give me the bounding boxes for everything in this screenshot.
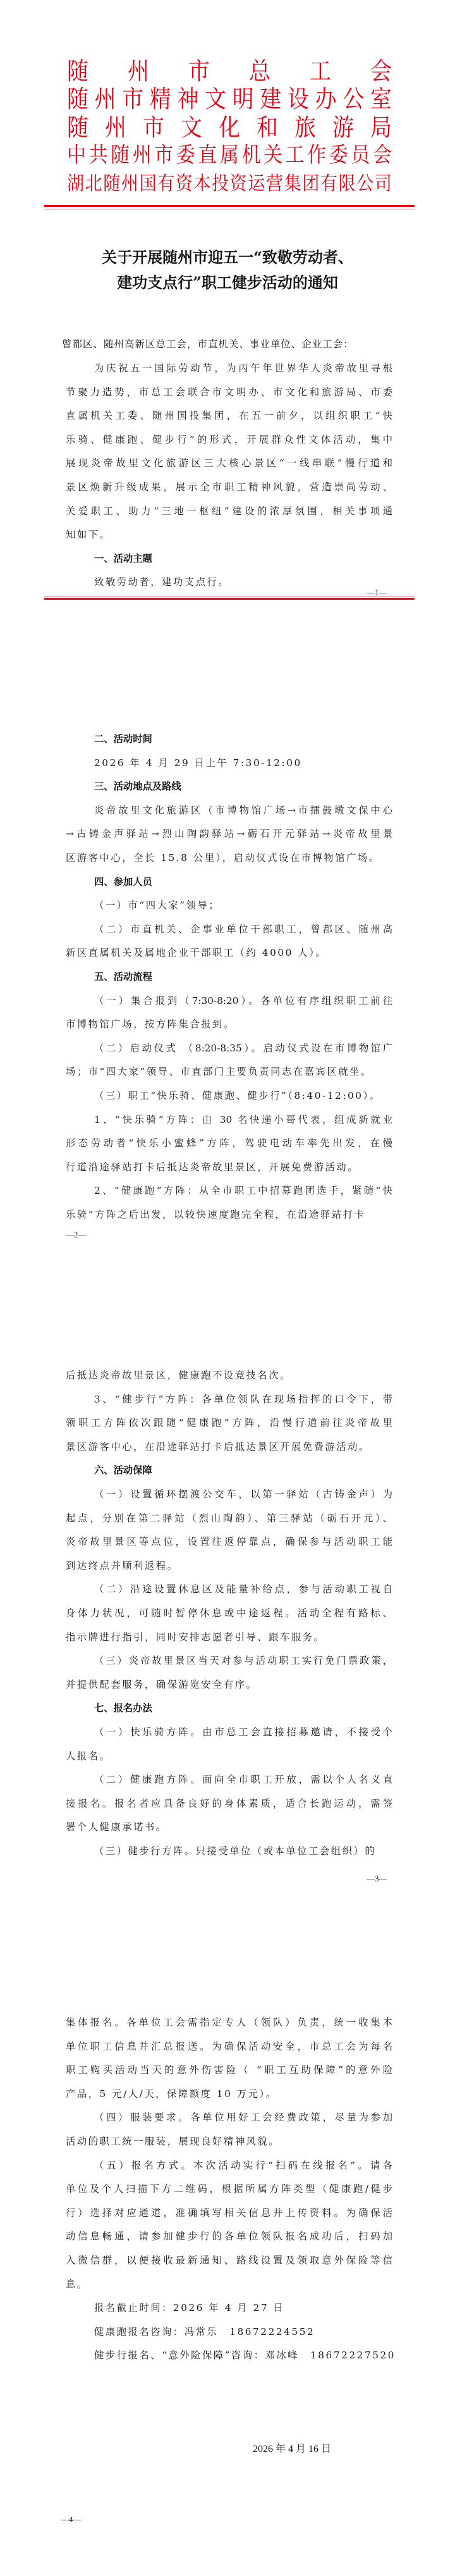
body-text-line: 区游客中心，全长 15.8 公里），启动仪式设在市博物馆广场。 [66,851,392,864]
body-text-line: 景区焕新升级成果，展示全市职工精神风貌，营造崇尚劳动、 [66,481,392,493]
section-heading: 三、活动地点及路线 [94,780,181,793]
letterhead-char: 化 [219,114,240,142]
page-number-4: —4— [61,2515,82,2525]
letterhead-char: 本 [193,170,210,199]
body-text-line: 展现炎帝故里文化旅游区三大核心景区“一线串联”慢行道和 [66,457,392,469]
letterhead-char: 市 [188,58,210,86]
body-text-line: 2026 年 4 月 29 日上午 7:30-12:00 [94,757,392,769]
body-text-line: 行道沿途驿站打卡后抵达炎帝故里景区，开展免费游活动。 [66,1161,392,1173]
body-text-line: 单位职工信息并汇总报送。为确保活动安全，市总工会为每名 [66,2040,392,2053]
document-title-line-1: 关于开展随州市迎五一“致敬劳动者、 [0,248,455,267]
body-text-line: 入微信群，以便接收最新通知、路线设置及领取意外保险等信 [66,2254,392,2267]
letterhead-char: 湖 [67,170,84,199]
body-text-line: 市博物馆广场，按方阵集合报到。 [66,1018,392,1031]
section-heading: 四、参加人员 [94,876,152,888]
letterhead-char: 营 [266,170,283,199]
page-number-3: —3— [367,1874,387,1884]
letterhead-char: 办 [315,85,337,114]
body-text-line: 致敬劳动者，建功支点行。 [94,576,392,588]
body-text-line: 3、“健步行”方阵：各单位领队在现场指挥的口令下，带 [94,1393,392,1406]
body-text-line: （一）快乐骑方阵。由市总工会直接招募邀请，不接受个 [94,1726,392,1738]
letterhead-char: 室 [370,85,392,114]
letterhead-char: 公 [343,85,364,114]
letterhead-char: 会 [373,142,392,170]
letterhead-char: 司 [375,170,392,199]
body-text-line: （一）设置循环摆渡公交车，以第一驿站（古铸金声）为 [94,1488,392,1501]
letterhead-char: 国 [140,170,157,199]
signature-date: 2026 年 4 月 16 日 [253,2443,331,2456]
letterhead-row-5: 湖北随州国有资本投资运营集团有限公司 [67,170,392,199]
body-text-line: 领职工方阵依次跟随“健康跑”方阵，沿慢行道前往炎帝故里 [66,1416,392,1429]
body-text-line: （三）健步行方阵。只接受单位（或本单位工会组织）的 [94,1845,392,1857]
letterhead-char: 文 [181,114,202,142]
body-text-line: 健康跑报名咨询：冯常乐 18672224552 [94,2325,392,2338]
body-text-line: 到达终点并顺利返程。 [66,1559,392,1572]
letterhead-char: 公 [356,170,373,199]
body-text-line: 直属机关工委、随州国投集团，在五一前夕，以组织职工“快 [66,409,392,422]
letterhead-char: 工 [310,58,331,86]
body-text-line: （一）市“四大家”领导； [94,899,392,912]
body-text-line: （二）沿途设置休息区及能量补给点，参与活动职工视自 [94,1583,392,1595]
letterhead-char: 市 [143,114,164,142]
body-text-line: 动信息畅通，请参加健步行的各单位领队报名成功后，扫码加 [66,2230,392,2243]
body-text-line: 产品，5 元/人/天，保障额度 10 万元）。 [66,2088,392,2100]
letterhead-char: 设 [288,85,309,114]
letterhead-char: 州 [128,58,149,86]
body-text-line: （二）启动仪式 （8:20-8:35）。启动仪式设在市博物馆广 [94,1042,392,1055]
letterhead-char: 关 [264,142,282,170]
body-text-line: 场；市“四大家”领导、市直部门主要负责同志在嘉宾区就坐。 [66,1065,392,1078]
letterhead-char: 北 [85,170,102,199]
letterhead-char: 属 [220,142,239,170]
body-text-line: 健步行报名、“意外险保障”咨询：邓冰峰 18672227520 [94,2349,392,2362]
letterhead-char: 和 [257,114,278,142]
letterhead-row-3: 随州市文化和旅游局 [67,114,392,142]
body-text-line: 后抵达炎帝故里景区，健康跑不设竞技名次。 [66,1369,392,1382]
body-text-line: 人报名。 [66,1750,392,1762]
section-heading: 一、活动主题 [94,552,152,565]
letterhead-char: 文 [205,85,226,114]
body-text-line: 乐骑、健康跑、健步行”的形式，开展群众性文体活动，集中 [66,433,392,446]
letterhead-char: 随 [67,85,88,114]
letterhead-char: 神 [178,85,199,114]
letterhead-char: 市 [122,85,143,114]
body-text-line: 行）选择对应通道，准确填写相关信息并上传资料。为确保活 [66,2207,392,2219]
letterhead-char: 随 [67,58,88,86]
letterhead-char: 精 [150,85,171,114]
letterhead-char: 限 [339,170,356,199]
body-text-line: （三）职工“快乐骑、健康跑、健步行”（8:40-12:00）。 [94,1089,392,1102]
body-text-line: 知如下。 [66,528,392,541]
body-text-line: 节聚力造势，市总工会联合市文明办、市文化和旅游局、市委 [66,386,392,399]
letterhead-char: 工 [286,142,305,170]
body-text-line: 活动的职工统一服装，展现良好精神风貌。 [66,2135,392,2148]
letterhead-char: 共 [89,142,108,170]
letterhead-char: 运 [248,170,265,199]
letterhead-char: 会 [370,58,392,86]
letterhead-char: 建 [260,85,281,114]
letterhead-char: 有 [157,170,174,199]
body-text-line: 接报名。报名者应具备良好的身体素质，适合长跑运动，需签 [66,1797,392,1810]
letterhead-char: 委 [329,142,348,170]
body-text-line: 为庆祝五一国际劳动节，为丙午年世界华人炎帝故里寻根 [94,362,392,375]
letterhead-rule-thick [44,205,415,207]
section-heading: 七、报名办法 [94,1702,152,1714]
letterhead-char: 机 [242,142,261,170]
body-text-line: 报名截止时间：2026 年 4 月 27 日 [94,2301,392,2314]
letterhead-char: 作 [307,142,326,170]
body-text-line: 新区直属机关及属地企业干部职工（约 4000 人）。 [66,946,392,959]
letterhead-char: 投 [212,170,229,199]
section-heading: 五、活动流程 [94,970,152,983]
body-text-line: 集体报名。各单位工会需指定专人（领队）负责，统一收集本 [66,2016,392,2029]
letterhead-char: 州 [105,114,126,142]
letterhead-char: 旅 [294,114,316,142]
page-1-rule-thick [44,598,415,600]
letterhead-char: 总 [249,58,270,86]
body-text-line: 并提供配套服务，确保游览安全有序。 [66,1678,392,1691]
body-text-line: （二）市直机关、企事业单位干部职工，曾都区、随州高 [94,923,392,936]
letterhead-char: 随 [111,142,130,170]
letterhead-char: 资 [230,170,247,199]
body-text-line: 职工购买活动当天的意外伤害险（ “职工互助保障”的意外险 [66,2064,392,2076]
body-text-line: （二）健康跑方阵。面向全市职工开放，需以个人名义直 [94,1773,392,1786]
body-text-line: 署个人健康承诺书。 [66,1821,392,1833]
letterhead-char: 州 [133,142,152,170]
body-text-line: →古铸金声驿站→烈山陶韵驿站→砺石开元驿站→炎帝故里景 [66,827,392,840]
body-text-line: （五）报名方式。本次活动实行“扫码在线报名”。请各 [94,2159,392,2172]
letterhead-char: 市 [154,142,173,170]
body-text-line: 关爱职工、助力“三地一枢纽”建设的浓厚氛围，相关事项通 [66,505,392,517]
body-text-line: 炎帝故里景区等点位，设置往返停靠点，确保参与活动职工能 [66,1535,392,1548]
letterhead-char: 团 [302,170,319,199]
letterhead-char: 员 [351,142,370,170]
letterhead-char: 有 [320,170,337,199]
body-text-line: 1、“快乐骑”方阵：由 30 名快递小哥代表，组成新就业 [94,1113,392,1126]
section-heading: 二、活动时间 [94,733,152,745]
page-1-rule-thin [44,596,415,597]
letterhead-char: 明 [233,85,254,114]
letterhead-row-1: 随州市总工会 [67,58,392,86]
body-text-line: 形态劳动者“快乐小蜜蜂”方阵，驾驶电动车率先出发，在慢 [66,1137,392,1149]
letterhead-char: 游 [332,114,354,142]
body-text-line: 2、“健康跑”方阵：从全市职工中招募跑团选手，紧随“快 [94,1184,392,1197]
letterhead-char: 中 [67,142,86,170]
letterhead-row-2: 随州市精神文明建设办公室 [67,85,392,114]
body-text-line: 单位及个人扫描下方二维码，根据所属方阵类型（健康跑/健步 [66,2183,392,2195]
body-text-line: 起点，分别在第二驿站（烈山陶韵）、第三驿站（砺石开元）、 [66,1512,392,1525]
letterhead-char: 局 [370,114,392,142]
letterhead-char: 州 [95,85,116,114]
salutation: 曾都区、随州高新区总工会，市直机关、事业单位、企业工会： [62,338,389,350]
letterhead-char: 随 [103,170,120,199]
section-heading: 六、活动保障 [94,1464,152,1477]
letterhead-char: 随 [67,114,88,142]
body-text-line: （四）服装要求。各单位用好工会经费政策，尽量为参加 [94,2111,392,2124]
letterhead-rule-thin [44,209,415,209]
body-text-line: （一）集合报到（7:30-8:20）。各单位有序组织职工前往 [94,994,392,1007]
body-text-line: （三）炎帝故里景区当天对参与活动职工实行免门票政策， [94,1654,392,1667]
body-text-line: 息。 [66,2278,392,2291]
letterhead-char: 直 [198,142,217,170]
body-text-line: 身体力状况，可随时暂停休息或中途返程。活动全程有路标、 [66,1607,392,1619]
page-number-2: —2— [66,1230,87,1240]
letterhead-char: 集 [284,170,301,199]
body-text-line: 指示牌进行指引，同时安排志愿者引导、跟车服务。 [66,1631,392,1644]
letterhead-char: 州 [121,170,138,199]
document-title-line-2: 建功支点行”职工健步活动的通知 [0,273,455,292]
letterhead-char: 委 [176,142,195,170]
body-text-line: 炎帝故里文化旅游区（市博物馆广场→市擂鼓墩文保中心 [94,804,392,817]
letterhead-char: 资 [176,170,193,199]
body-text-line: 景区游客中心，在沿途驿站打卡后抵达景区开展免费游活动。 [66,1440,392,1453]
body-text-line: 乐骑”方阵之后出发，以较快速度跑完全程，在沿途驿站打卡 [66,1208,392,1221]
letterhead-row-4: 中共随州市委直属机关工作委员会 [67,142,392,170]
